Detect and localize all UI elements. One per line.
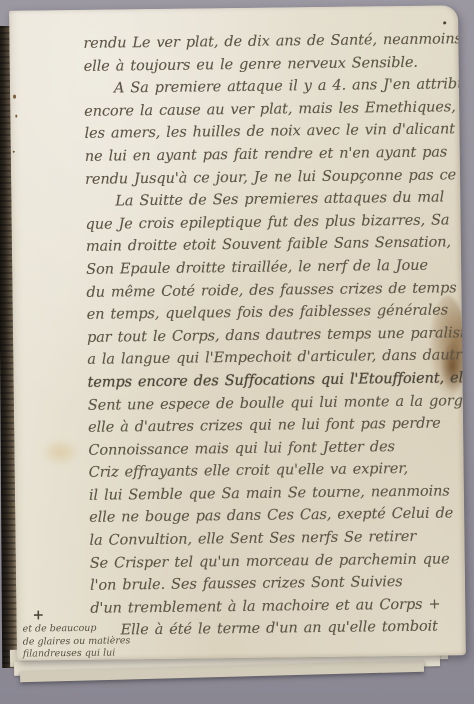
photo-background: rendu Le ver plat, de dix ans de Santé, …	[0, 0, 474, 704]
margin-note-line: filandreuses qui lui	[23, 647, 153, 660]
manuscript-line: elle à d'autres crizes qui ne lui font p…	[88, 412, 463, 439]
ink-speck	[15, 115, 17, 118]
margin-note: et de beaucoupde glaires ou matièresfila…	[23, 622, 154, 661]
ink-speck	[13, 95, 16, 99]
ink-speck	[443, 21, 446, 24]
yellow-stain	[40, 438, 80, 466]
margin-plus-marker: +	[32, 607, 44, 623]
body-lines: rendu Le ver plat, de dix ans de Santé, …	[83, 28, 465, 643]
manuscript-page: rendu Le ver plat, de dix ans de Santé, …	[9, 5, 466, 660]
margin-note-lines: et de beaucoupde glaires ou matièresfila…	[23, 622, 154, 661]
ink-speck	[13, 151, 15, 153]
